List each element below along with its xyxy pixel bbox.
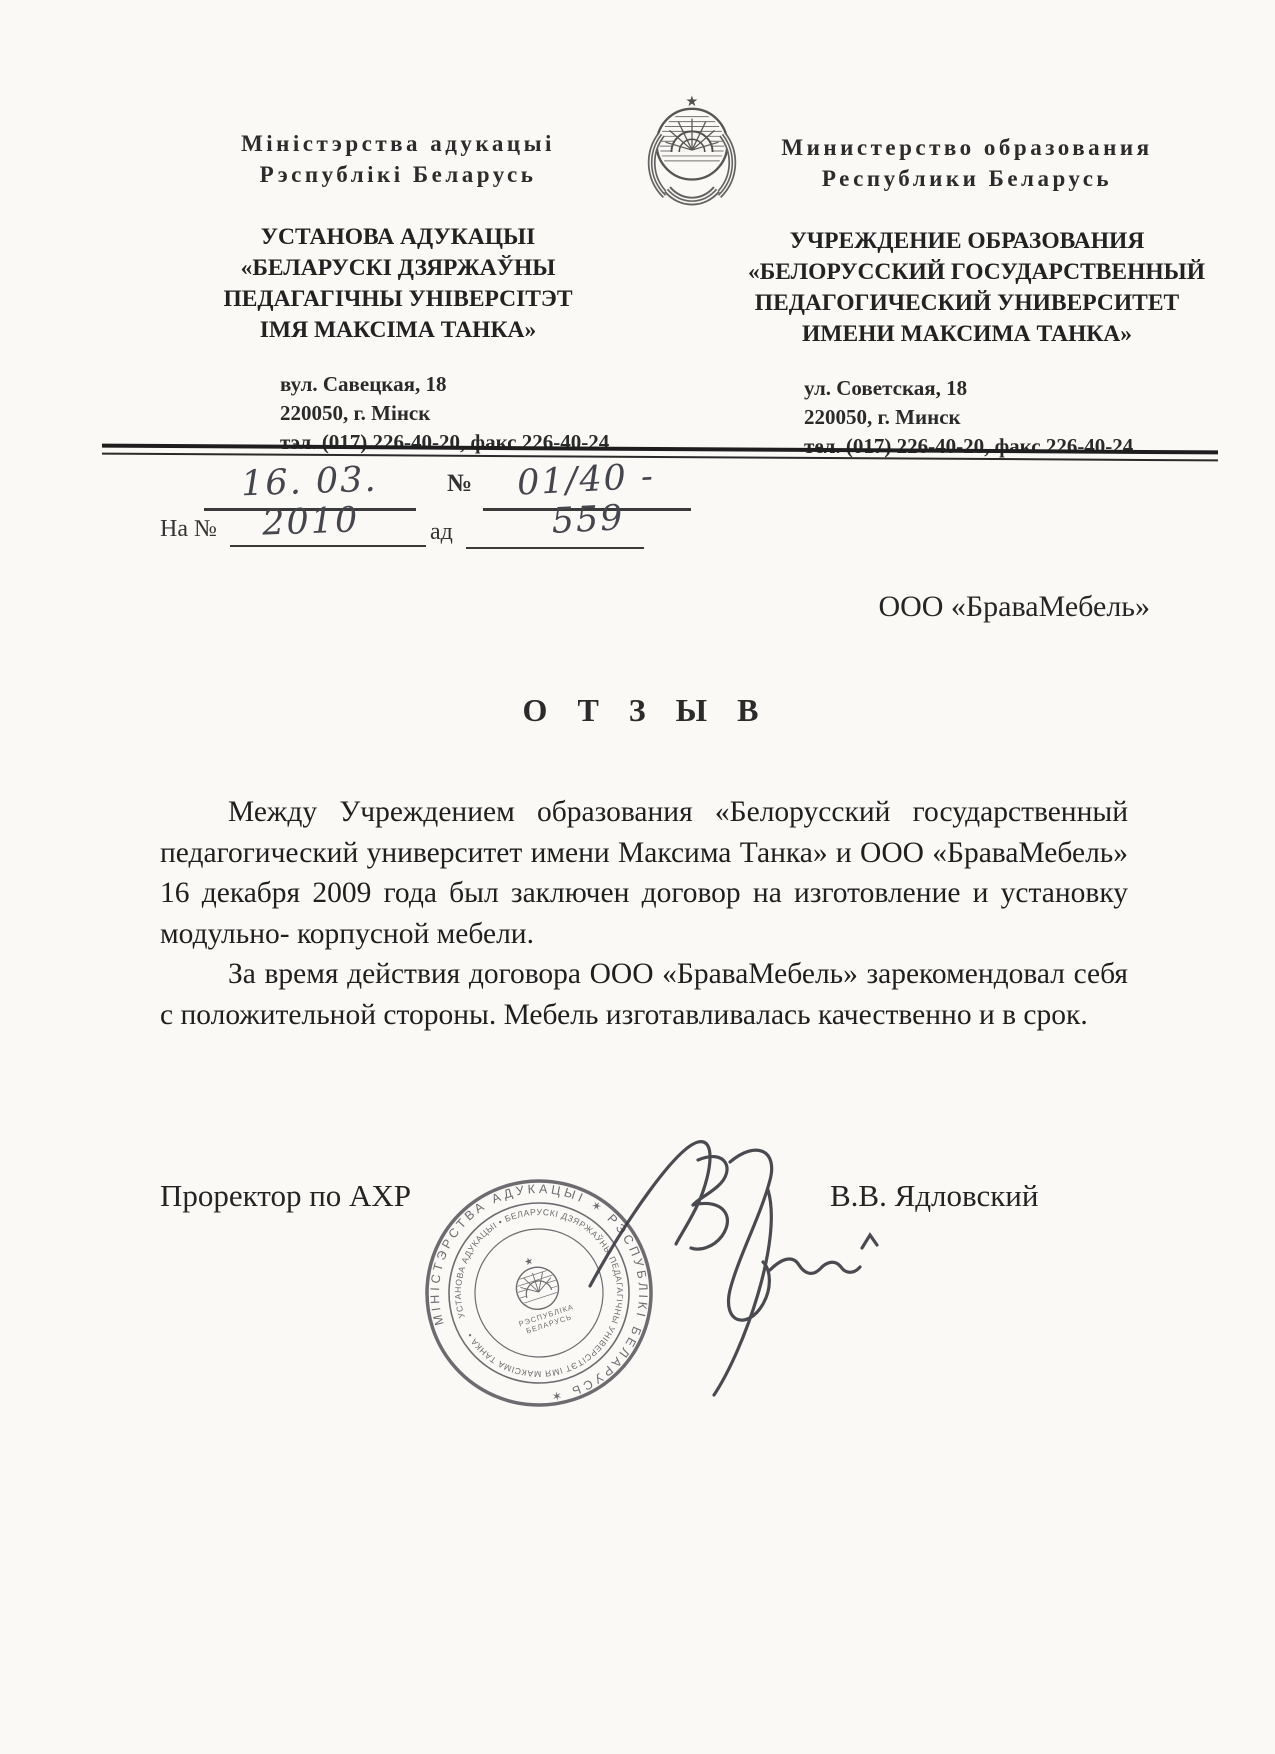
org-line: «БЕЛАРУСКІ ДЗЯРЖАЎНЫ [182,253,614,284]
address-line: 220050, г. Минск [804,403,1186,432]
star-icon: ★ [685,94,698,110]
ministry-line: Министерство образования [748,132,1186,163]
address-line: ул. Советская, 18 [804,374,1186,403]
from-date-field [466,516,644,549]
signature-autograph [572,1118,882,1418]
date-field: 16. 03. 2010 [204,462,416,511]
address-line: 220050, г. Мінск [280,399,614,428]
document-title: О Т З Ы В [0,692,1275,729]
stamp-star-icon: ★ [523,1255,535,1268]
signer-position: Проректор по АХР [160,1178,411,1214]
reply-to-label: На № [160,516,217,543]
body-paragraph: За время действия договора ООО «БраваМеб… [160,954,1128,1035]
body-paragraph: Между Учреждением образования «Белорусск… [160,792,1128,954]
address-line: вул. Савецкая, 18 [280,370,614,399]
from-date-label: ад [430,519,453,546]
ministry-line: Рэспублікі Беларусь [182,159,614,190]
outgoing-number-field: 01/40 - 559 [483,460,691,511]
ministry-line: Республики Беларусь [748,163,1186,194]
coat-of-arms-icon: ★ [638,90,746,216]
letterhead-right: Министерство образования Республики Бела… [748,132,1186,461]
organization-name: УЧРЕЖДЕНИЕ ОБРАЗОВАНИЯ «БЕЛОРУССКИЙ ГОСУ… [748,226,1186,350]
letter-body: Между Учреждением образования «Белорусск… [160,792,1128,1035]
org-line: УСТАНОВА АДУКАЦЫІ [182,222,614,253]
scanned-letter-page: Міністэрства адукацыі Рэспублікі Беларус… [0,0,1275,1754]
addressee: ООО «БраваМебель» [700,590,1150,624]
org-line: ПЕДАГОГИЧЕСКИЙ УНИВЕРСИТЕТ [748,288,1186,319]
org-line: «БЕЛОРУССКИЙ ГОСУДАРСТВЕННЫЙ [748,257,1186,288]
org-line: ІМЯ МАКСІМА ТАНКА» [182,315,614,346]
reply-number-field [230,514,426,547]
ministry-line: Міністэрства адукацыі [182,128,614,159]
number-sign-label: № [447,470,472,498]
org-line: УЧРЕЖДЕНИЕ ОБРАЗОВАНИЯ [748,226,1186,257]
org-line: ПЕДАГАГІЧНЫ УНІВЕРСІТЭТ [182,284,614,315]
org-line: ИМЕНИ МАКСИМА ТАНКА» [748,319,1186,350]
letterhead-left: Міністэрства адукацыі Рэспублікі Беларус… [182,128,614,457]
organization-name: УСТАНОВА АДУКАЦЫІ «БЕЛАРУСКІ ДЗЯРЖАЎНЫ П… [182,222,614,346]
